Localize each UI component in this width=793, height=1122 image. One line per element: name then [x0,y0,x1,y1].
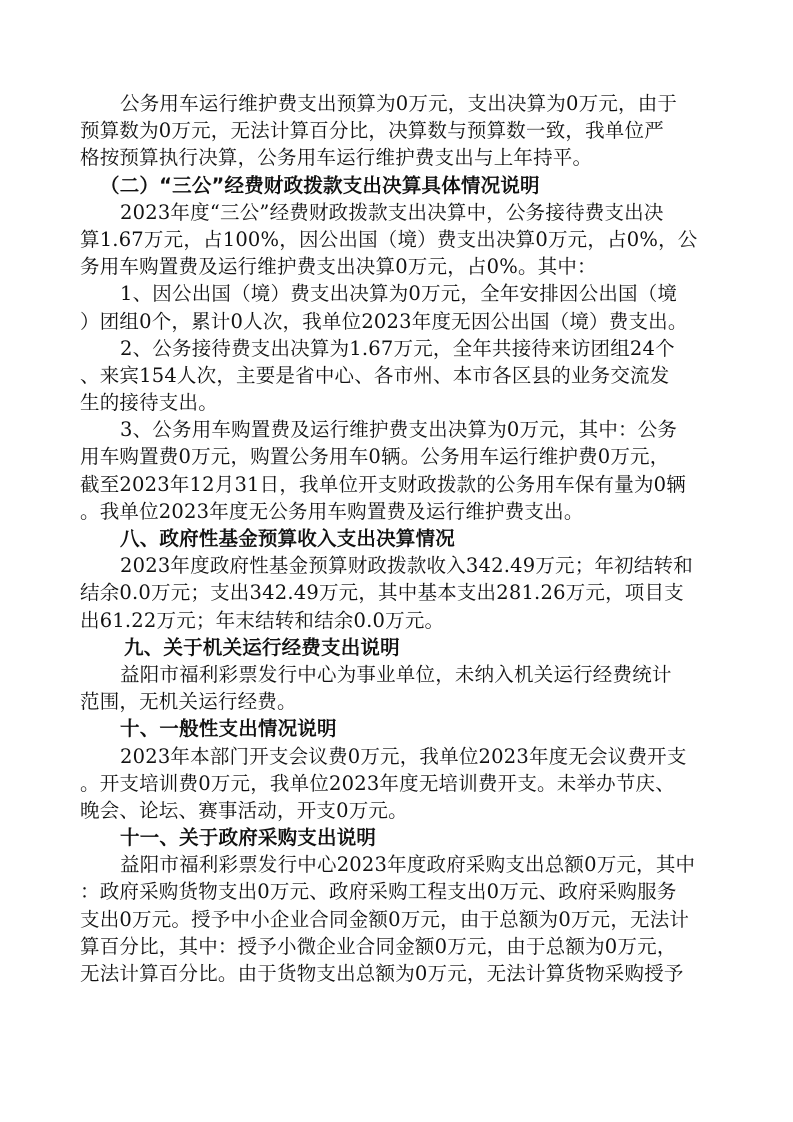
text-line: 务用车购置费及运行维护费支出决算0万元，占0%。其中： [80,253,720,280]
section-heading-general-expenses: 十、一般性支出情况说明 [80,715,720,742]
text-line: 范围，无机关运行经费。 [80,688,720,715]
text-line: 2、公务接待费支出决算为1.67万元，全年共接待来访团组24个 [80,335,720,362]
text-line: 截至2023年12月31日，我单位开支财政拨款的公务用车保有量为0辆 [80,471,720,498]
paragraph-overseas-travel: 1、因公出国（境）费支出决算为0万元，全年安排因公出国（境 ）团组0个，累计0人… [80,280,720,334]
text-line: 2023年本部门开支会议费0万元，我单位2023年度无会议费开支 [80,743,720,770]
text-line: 、来宾154人次，主要是省中心、各市州、本市各区县的业务交流发 [80,362,720,389]
text-line: 2023年度“三公”经费财政拨款支出决算中，公务接待费支出决 [80,199,720,226]
text-line: 用车购置费0万元，购置公务用车0辆。公务用车运行维护费0万元， [80,443,720,470]
paragraph-general-expenses: 2023年本部门开支会议费0万元，我单位2023年度无会议费开支 。开支培训费0… [80,743,720,825]
text-line: ）团组0个，累计0人次，我单位2023年度无因公出国（境）费支出。 [80,308,720,335]
text-line: 预算数为0万元，无法计算百分比，决算数与预算数一致，我单位严 [80,117,720,144]
text-line: 算百分比，其中：授予小微企业合同金额0万元，由于总额为0万元， [80,933,720,960]
text-line: 支出0万元。授予中小企业合同金额0万元，由于总额为0万元，无法计 [80,906,720,933]
text-line: 晚会、论坛、赛事活动，开支0万元。 [80,797,720,824]
text-line: 1、因公出国（境）费支出决算为0万元，全年安排因公出国（境 [80,280,720,307]
section-heading-three-public-expenses: （二）“三公”经费财政拨款支出决算具体情况说明 [80,172,720,199]
text-line: 结余0.0万元；支出342.49万元，其中基本支出281.26万元，项目支 [80,579,720,606]
text-line: 算1.67万元，占100%，因公出国（境）费支出决算0万元，占0%，公 [80,226,720,253]
text-line: 2023年度政府性基金预算财政拨款收入342.49万元；年初结转和 [80,552,720,579]
paragraph-government-funds: 2023年度政府性基金预算财政拨款收入342.49万元；年初结转和 结余0.0万… [80,552,720,634]
paragraph-reception: 2、公务接待费支出决算为1.67万元，全年共接待来访团组24个 、来宾154人次… [80,335,720,417]
paragraph-three-public-overview: 2023年度“三公”经费财政拨款支出决算中，公务接待费支出决 算1.67万元，占… [80,199,720,281]
text-line: 。开支培训费0万元，我单位2023年度无培训费开支。未举办节庆、 [80,770,720,797]
text-line: ：政府采购货物支出0万元、政府采购工程支出0万元、政府采购服务 [80,878,720,905]
paragraph-operating-expenses: 益阳市福利彩票发行中心为事业单位，未纳入机关运行经费统计 范围，无机关运行经费。 [80,661,720,715]
text-line: 益阳市福利彩票发行中心2023年度政府采购支出总额0万元，其中 [80,851,720,878]
text-line: 。我单位2023年度无公务用车购置费及运行维护费支出。 [80,498,720,525]
text-line: 格按预算执行决算，公务用车运行维护费支出与上年持平。 [80,144,720,171]
section-heading-government-funds: 八、政府性基金预算收入支出决算情况 [80,525,720,552]
text-line: 出61.22万元；年末结转和结余0.0万元。 [80,607,720,634]
paragraph-government-procurement: 益阳市福利彩票发行中心2023年度政府采购支出总额0万元，其中 ：政府采购货物支… [80,851,720,987]
text-line: 3、公务用车购置费及运行维护费支出决算为0万元，其中：公务 [80,416,720,443]
document-page: 公务用车运行维护费支出预算为0万元，支出决算为0万元，由于 预算数为0万元，无法… [80,90,720,987]
paragraph-official-vehicles: 3、公务用车购置费及运行维护费支出决算为0万元，其中：公务 用车购置费0万元，购… [80,416,720,525]
text-line: 无法计算百分比。由于货物支出总额为0万元，无法计算货物采购授予 [80,960,720,987]
text-line: 生的接待支出。 [80,389,720,416]
section-heading-operating-expenses: 九、关于机关运行经费支出说明 [80,634,720,661]
paragraph-vehicle-maintenance: 公务用车运行维护费支出预算为0万元，支出决算为0万元，由于 预算数为0万元，无法… [80,90,720,172]
text-line: 公务用车运行维护费支出预算为0万元，支出决算为0万元，由于 [80,90,720,117]
text-line: 益阳市福利彩票发行中心为事业单位，未纳入机关运行经费统计 [80,661,720,688]
section-heading-government-procurement: 十一、关于政府采购支出说明 [80,824,720,851]
